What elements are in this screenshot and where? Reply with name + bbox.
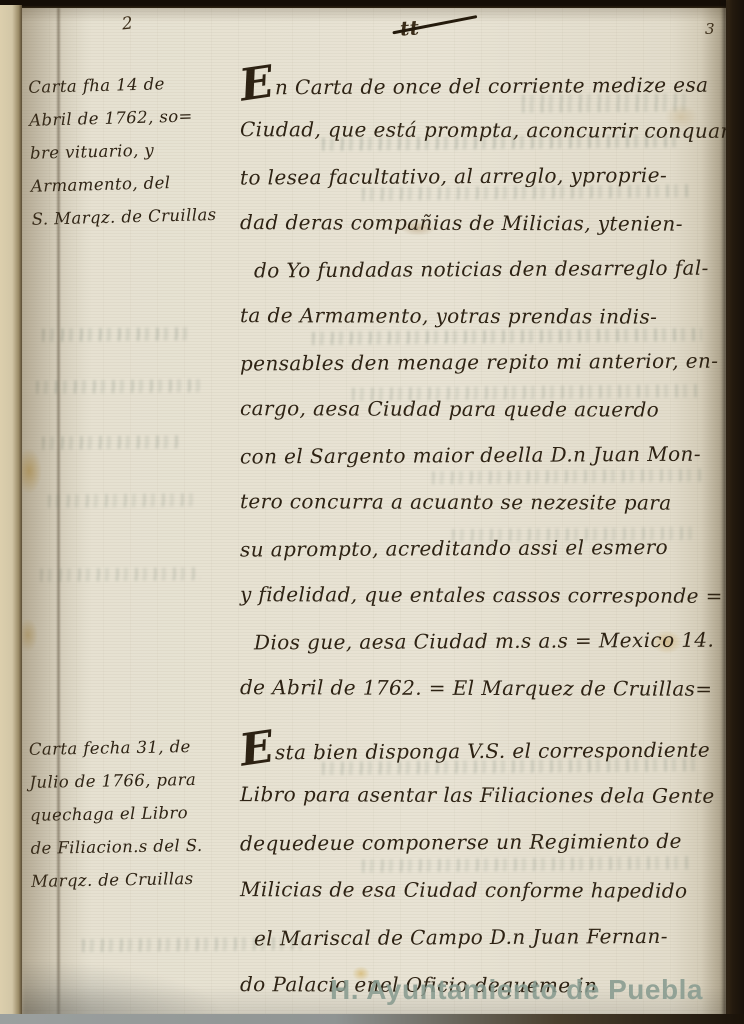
body-line: con el Sargento maior deella D.n Juan Mo…: [240, 430, 727, 480]
body-line: pensables den menage repito mi anterior,…: [240, 337, 727, 387]
manuscript-scan: 2 tt 3 Carta fha 14 de Abril de 1762, so…: [0, 0, 744, 1024]
paper-stain: [22, 448, 42, 494]
folio-number-right: 3: [705, 20, 715, 38]
strikethrough-mark: tt: [399, 15, 420, 40]
drop-cap: E: [237, 59, 277, 110]
margin-note-line: Marqz. de Cruillas: [31, 861, 247, 898]
body-line: to lesea facultativo, al arreglo, ypropr…: [240, 151, 727, 201]
body-line: do Yo fundadas noticias den desarreglo f…: [240, 244, 727, 294]
body-line: Esta bien disponga V.S. el correspondien…: [240, 722, 727, 773]
body-line: Ciudad, que está prompta, aconcurrir con…: [240, 106, 727, 154]
margin-note-line: quechaga el Libro: [30, 795, 246, 832]
body-line: dequedeue componerse un Regimiento de: [240, 817, 727, 868]
margin-note-2: Carta fecha 31, de Julio de 1766, para q…: [29, 729, 247, 898]
body-line: ta de Armamento, yotras prendas indis-: [240, 292, 727, 340]
book-bottom-edge: [0, 1014, 744, 1024]
body-line: En Carta de once del corriente medize es…: [240, 58, 727, 108]
body-line: dad deras compañias de Milicias, ytenien…: [240, 199, 727, 247]
body-line: y fidelidad, que entales cassos correspo…: [240, 571, 727, 619]
archive-watermark: H. Ayuntamiento de Puebla: [330, 974, 744, 1006]
body-line: cargo, aesa Ciudad para quede acuerdo: [240, 385, 727, 433]
body-line: Libro para asentar las Filiaciones dela …: [240, 771, 727, 820]
paper-stain: [22, 618, 38, 652]
folio-number-left: 2: [121, 13, 134, 34]
page-curl-shadow: [22, 956, 242, 1016]
bleed-through: [42, 435, 182, 449]
bleed-through: [40, 567, 200, 582]
body-line: Milicias de esa Ciudad conforme hapedido: [240, 866, 727, 915]
body-line-text: n Carta de once del corriente medize esa: [275, 73, 709, 100]
body-paragraph-1: En Carta de once del corriente medize es…: [240, 60, 727, 711]
margin-note-line: Carta fecha 31, de: [29, 729, 245, 766]
margin-note-line: Julio de 1766, para: [29, 762, 245, 799]
body-line: Dios gue, aesa Ciudad m.s a.s = Mexico 1…: [240, 616, 727, 666]
body-line: su aprompto, acreditando assi el esmero: [240, 523, 727, 573]
bleed-through: [42, 327, 192, 342]
body-paragraph-2: Esta bien disponga V.S. el correspondien…: [240, 724, 727, 1009]
bleed-through: [36, 379, 201, 394]
drop-cap: E: [237, 723, 277, 775]
folio-center-mark: tt: [399, 15, 420, 40]
body-line: el Mariscal de Campo D.n Juan Fernan-: [240, 912, 727, 963]
body-line: tero concurra a acuanto se nezesite para: [240, 478, 727, 526]
book-right-edge: [726, 0, 744, 1024]
body-line: de Abril de 1762. = El Marquez de Cruill…: [240, 664, 727, 712]
manuscript-page: 2 tt 3 Carta fha 14 de Abril de 1762, so…: [22, 8, 727, 1016]
margin-note-line: de Filiacion.s del S.: [30, 828, 246, 865]
previous-page-edge: [0, 5, 22, 1024]
bleed-through: [48, 493, 198, 508]
body-line-text: sta bien disponga V.S. el correspondient…: [275, 738, 710, 765]
margin-note-1: Carta fha 14 de Abril de 1762, so= bre v…: [28, 65, 247, 236]
margin-note-line: S. Marqz. de Cruillas: [31, 197, 247, 236]
